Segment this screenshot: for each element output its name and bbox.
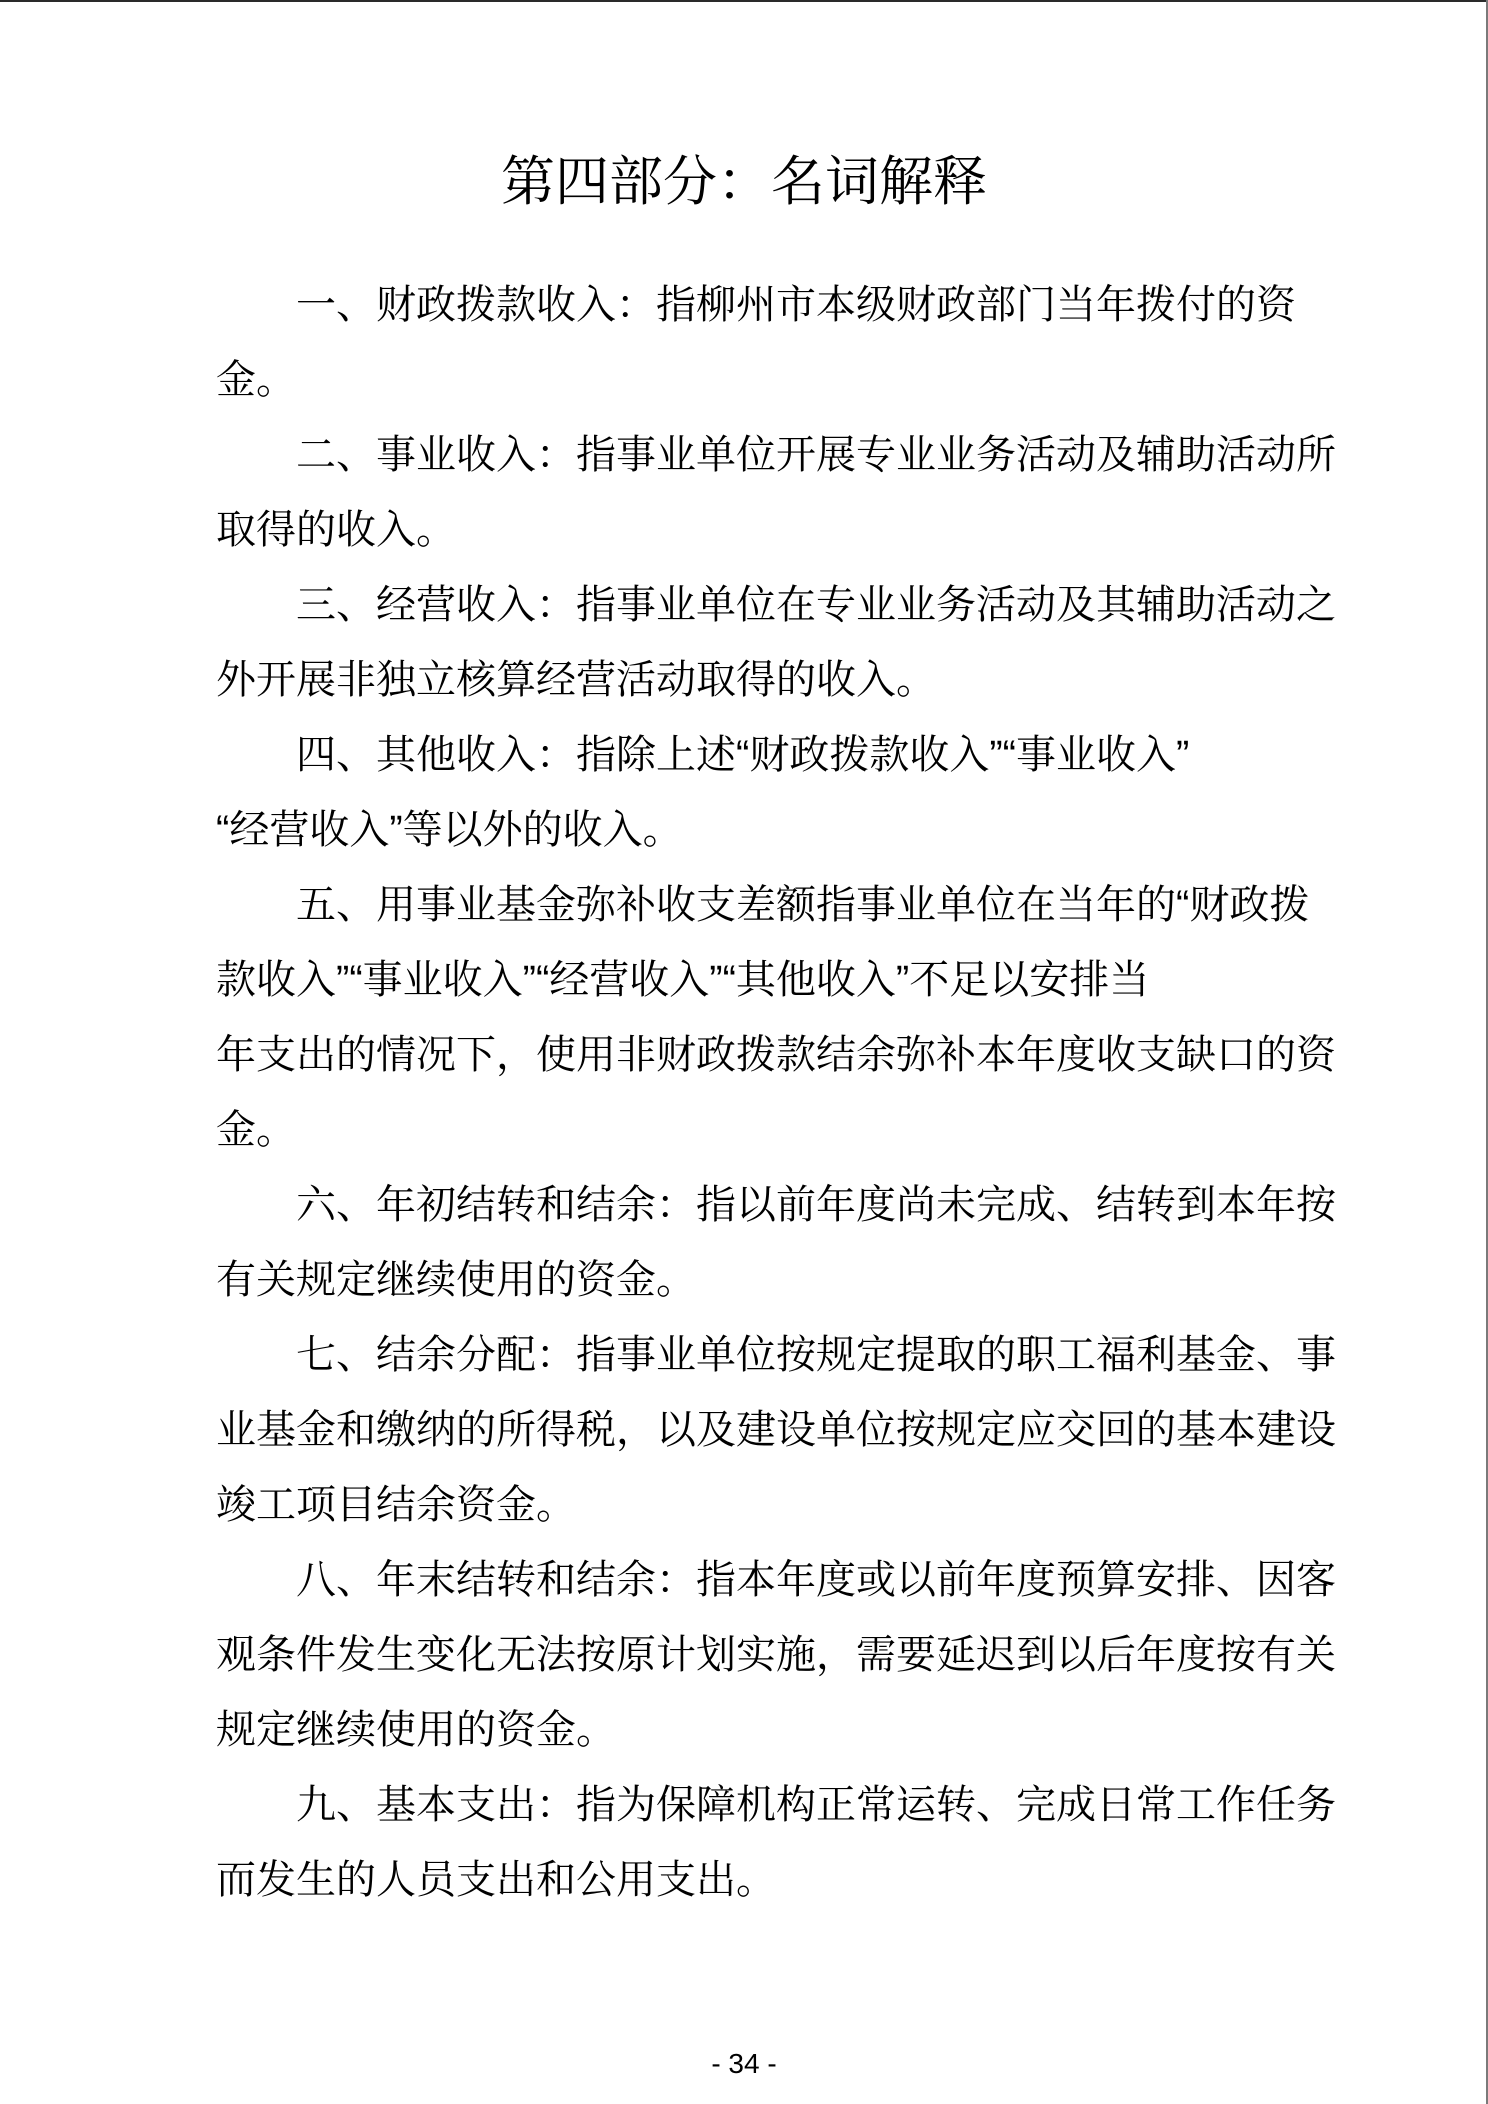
paragraph-business-income: 二、事业收入：指事业单位开展专业业务活动及辅助活动所 取得的收入。 <box>216 418 1301 568</box>
paragraph-line: 观条件发生变化无法按原计划实施，需要延迟到以后年度按有关 <box>216 1618 1301 1693</box>
paragraph-line: 规定继续使用的资金。 <box>216 1693 1301 1768</box>
page-number: - 34 - <box>0 2048 1488 2080</box>
paragraph-line: 取得的收入。 <box>216 493 1301 568</box>
paragraph-business-fund-offset: 五、用事业基金弥补收支差额指事业单位在当年的“财政拨 款收入”“事业收入”“经营… <box>216 868 1301 1168</box>
paragraph-surplus-distribution: 七、结余分配：指事业单位按规定提取的职工福利基金、事 业基金和缴纳的所得税，以及… <box>216 1318 1301 1543</box>
paragraph-line: 有关规定继续使用的资金。 <box>216 1243 1301 1318</box>
paragraph-line: 六、年初结转和结余：指以前年度尚未完成、结转到本年按 <box>216 1168 1301 1243</box>
paragraph-beginning-carryover: 六、年初结转和结余：指以前年度尚未完成、结转到本年按 有关规定继续使用的资金。 <box>216 1168 1301 1318</box>
paragraph-line: 外开展非独立核算经营活动取得的收入。 <box>216 643 1301 718</box>
paragraph-line: 五、用事业基金弥补收支差额指事业单位在当年的“财政拨 <box>216 868 1301 943</box>
paragraph-line: 一、财政拨款收入：指柳州市本级财政部门当年拨付的资 <box>216 268 1301 343</box>
paragraph-operating-income: 三、经营收入：指事业单位在专业业务活动及其辅助活动之 外开展非独立核算经营活动取… <box>216 568 1301 718</box>
paragraph-line: 二、事业收入：指事业单位开展专业业务活动及辅助活动所 <box>216 418 1301 493</box>
paragraph-line: 四、其他收入：指除上述“财政拨款收入”“事业收入” <box>216 718 1301 793</box>
paragraph-line: 款收入”“事业收入”“经营收入”“其他收入”不足以安排当 <box>216 943 1301 1018</box>
paragraph-other-income: 四、其他收入：指除上述“财政拨款收入”“事业收入” “经营收入”等以外的收入。 <box>216 718 1301 868</box>
paragraph-line: 金。 <box>216 1093 1301 1168</box>
paragraph-line: 竣工项目结余资金。 <box>216 1468 1301 1543</box>
paragraph-line: 三、经营收入：指事业单位在专业业务活动及其辅助活动之 <box>216 568 1301 643</box>
glossary-body: 一、财政拨款收入：指柳州市本级财政部门当年拨付的资 金。 二、事业收入：指事业单… <box>216 268 1301 1918</box>
paragraph-basic-expenditure: 九、基本支出：指为保障机构正常运转、完成日常工作任务 而发生的人员支出和公用支出… <box>216 1768 1301 1918</box>
paragraph-line: “经营收入”等以外的收入。 <box>216 793 1301 868</box>
paragraph-line: 九、基本支出：指为保障机构正常运转、完成日常工作任务 <box>216 1768 1301 1843</box>
paragraph-line: 业基金和缴纳的所得税，以及建设单位按规定应交回的基本建设 <box>216 1393 1301 1468</box>
paragraph-line: 而发生的人员支出和公用支出。 <box>216 1843 1301 1918</box>
paragraph-line: 年支出的情况下，使用非财政拨款结余弥补本年度收支缺口的资 <box>216 1018 1301 1093</box>
paragraph-line: 七、结余分配：指事业单位按规定提取的职工福利基金、事 <box>216 1318 1301 1393</box>
paragraph-fiscal-appropriation-income: 一、财政拨款收入：指柳州市本级财政部门当年拨付的资 金。 <box>216 268 1301 418</box>
page-title: 第四部分：名词解释 <box>0 150 1488 214</box>
paragraph-line: 八、年末结转和结余：指本年度或以前年度预算安排、因客 <box>216 1543 1301 1618</box>
paragraph-year-end-carryover: 八、年末结转和结余：指本年度或以前年度预算安排、因客 观条件发生变化无法按原计划… <box>216 1543 1301 1768</box>
paragraph-line: 金。 <box>216 343 1301 418</box>
page-top-border <box>0 0 1488 2</box>
